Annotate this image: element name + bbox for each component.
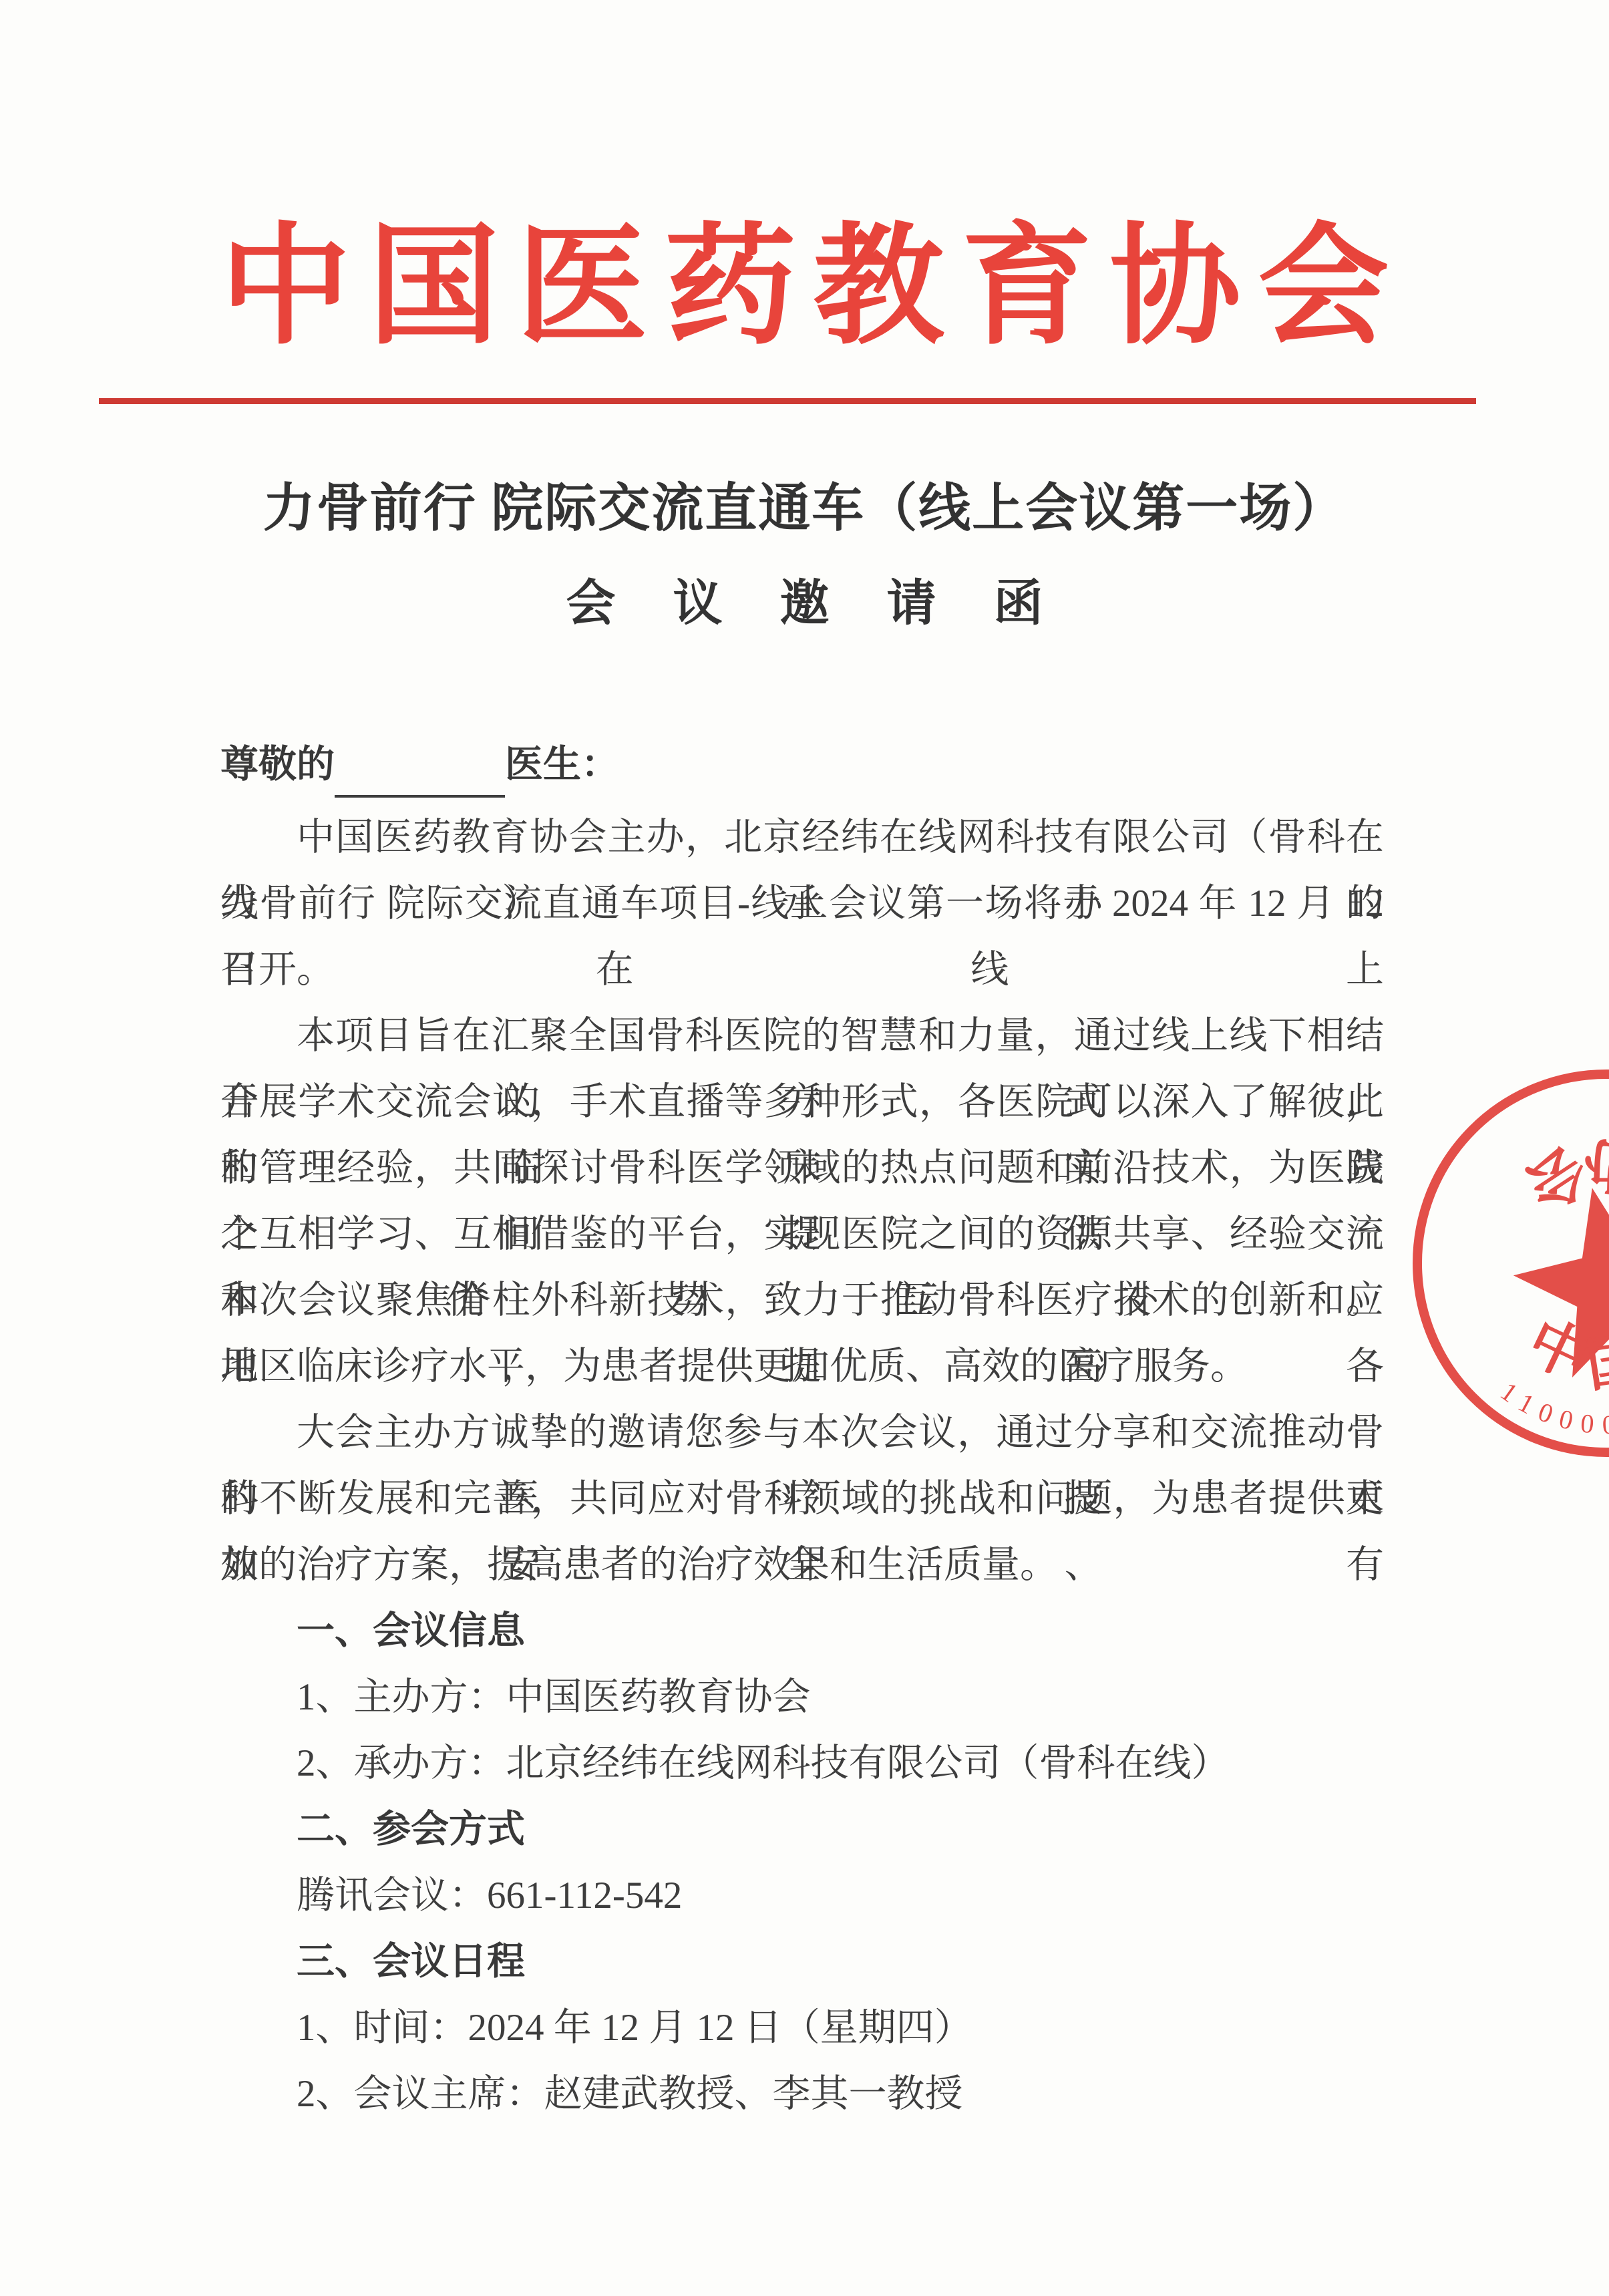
header-rule [99,398,1476,404]
body-line: 本项目旨在汇聚全国骨科医院的智慧和力量，通过线上线下相结合的方式， [220,1003,1384,1069]
body-line: 2、会议主席：赵建武教授、李其一教授 [220,2061,1384,2127]
section-heading: 一、会议信息 [220,1598,1384,1664]
body-line: 和管理经验，共同探讨骨科医学领域的热点问题和前沿技术，为医院之间提供一 [220,1135,1384,1201]
salutation-blank-line [335,756,505,798]
official-seal: 中国医药教育协会 1100000000 [1406,1059,1609,1486]
body-line: 本次会议聚焦脊柱外科新技术，致力于推动骨科医疗技术的创新和应用，提高各 [220,1267,1384,1333]
association-header: 中国医药教育协会 [0,212,1609,363]
body-line: 中国医药教育协会主办，北京经纬在线网科技有限公司（骨科在线）承办的 [220,804,1384,870]
salutation-suffix: 医生： [505,744,619,786]
body-line: 腾讯会议：661-112-542 [220,1862,1384,1929]
body-line: 1、时间：2024 年 12 月 12 日（星期四） [220,1995,1384,2061]
salutation-prefix: 尊敬的 [220,744,335,786]
body-line: 力骨前行 院际交流直通车项目-线上会议第一场将于 2024 年 12 月 12 … [220,870,1384,937]
body-line: 地区临床诊疗水平，为患者提供更加优质、高效的医疗服务。 [220,1333,1384,1400]
document-subtitle: 会议邀请函 [0,573,1609,635]
body-line: 1、主办方：中国医药教育协会 [220,1664,1384,1730]
salutation: 尊敬的医生： [220,731,1384,798]
letter-body: 尊敬的医生： 中国医药教育协会主办，北京经纬在线网科技有限公司（骨科在线）承办的… [220,731,1384,2127]
document-page: 中国医药教育协会 力骨前行 院际交流直通车（线上会议第一场） 会议邀请函 尊敬的… [0,0,1609,2296]
body-line: 大会主办方诚挚的邀请您参与本次会议，通过分享和交流推动骨科医疗技术 [220,1400,1384,1466]
section-heading: 二、参会方式 [220,1796,1384,1862]
document-title: 力骨前行 院际交流直通车（线上会议第一场） [0,476,1609,541]
body-line: 的不断发展和完善，共同应对骨科领域的挑战和问题，为患者提供更加安全、有 [220,1466,1384,1532]
body-line: 个互相学习、互相借鉴的平台，实现医院之间的资源共享、经验交流和优势互补。 [220,1201,1384,1267]
body-line: 2、承办方：北京经纬在线网科技有限公司（骨科在线） [220,1730,1384,1796]
body-line: 开展学术交流会议，手术直播等多种形式，各医院可以深入了解彼此的临床实践 [220,1069,1384,1135]
section-heading: 三、会议日程 [220,1929,1384,1995]
